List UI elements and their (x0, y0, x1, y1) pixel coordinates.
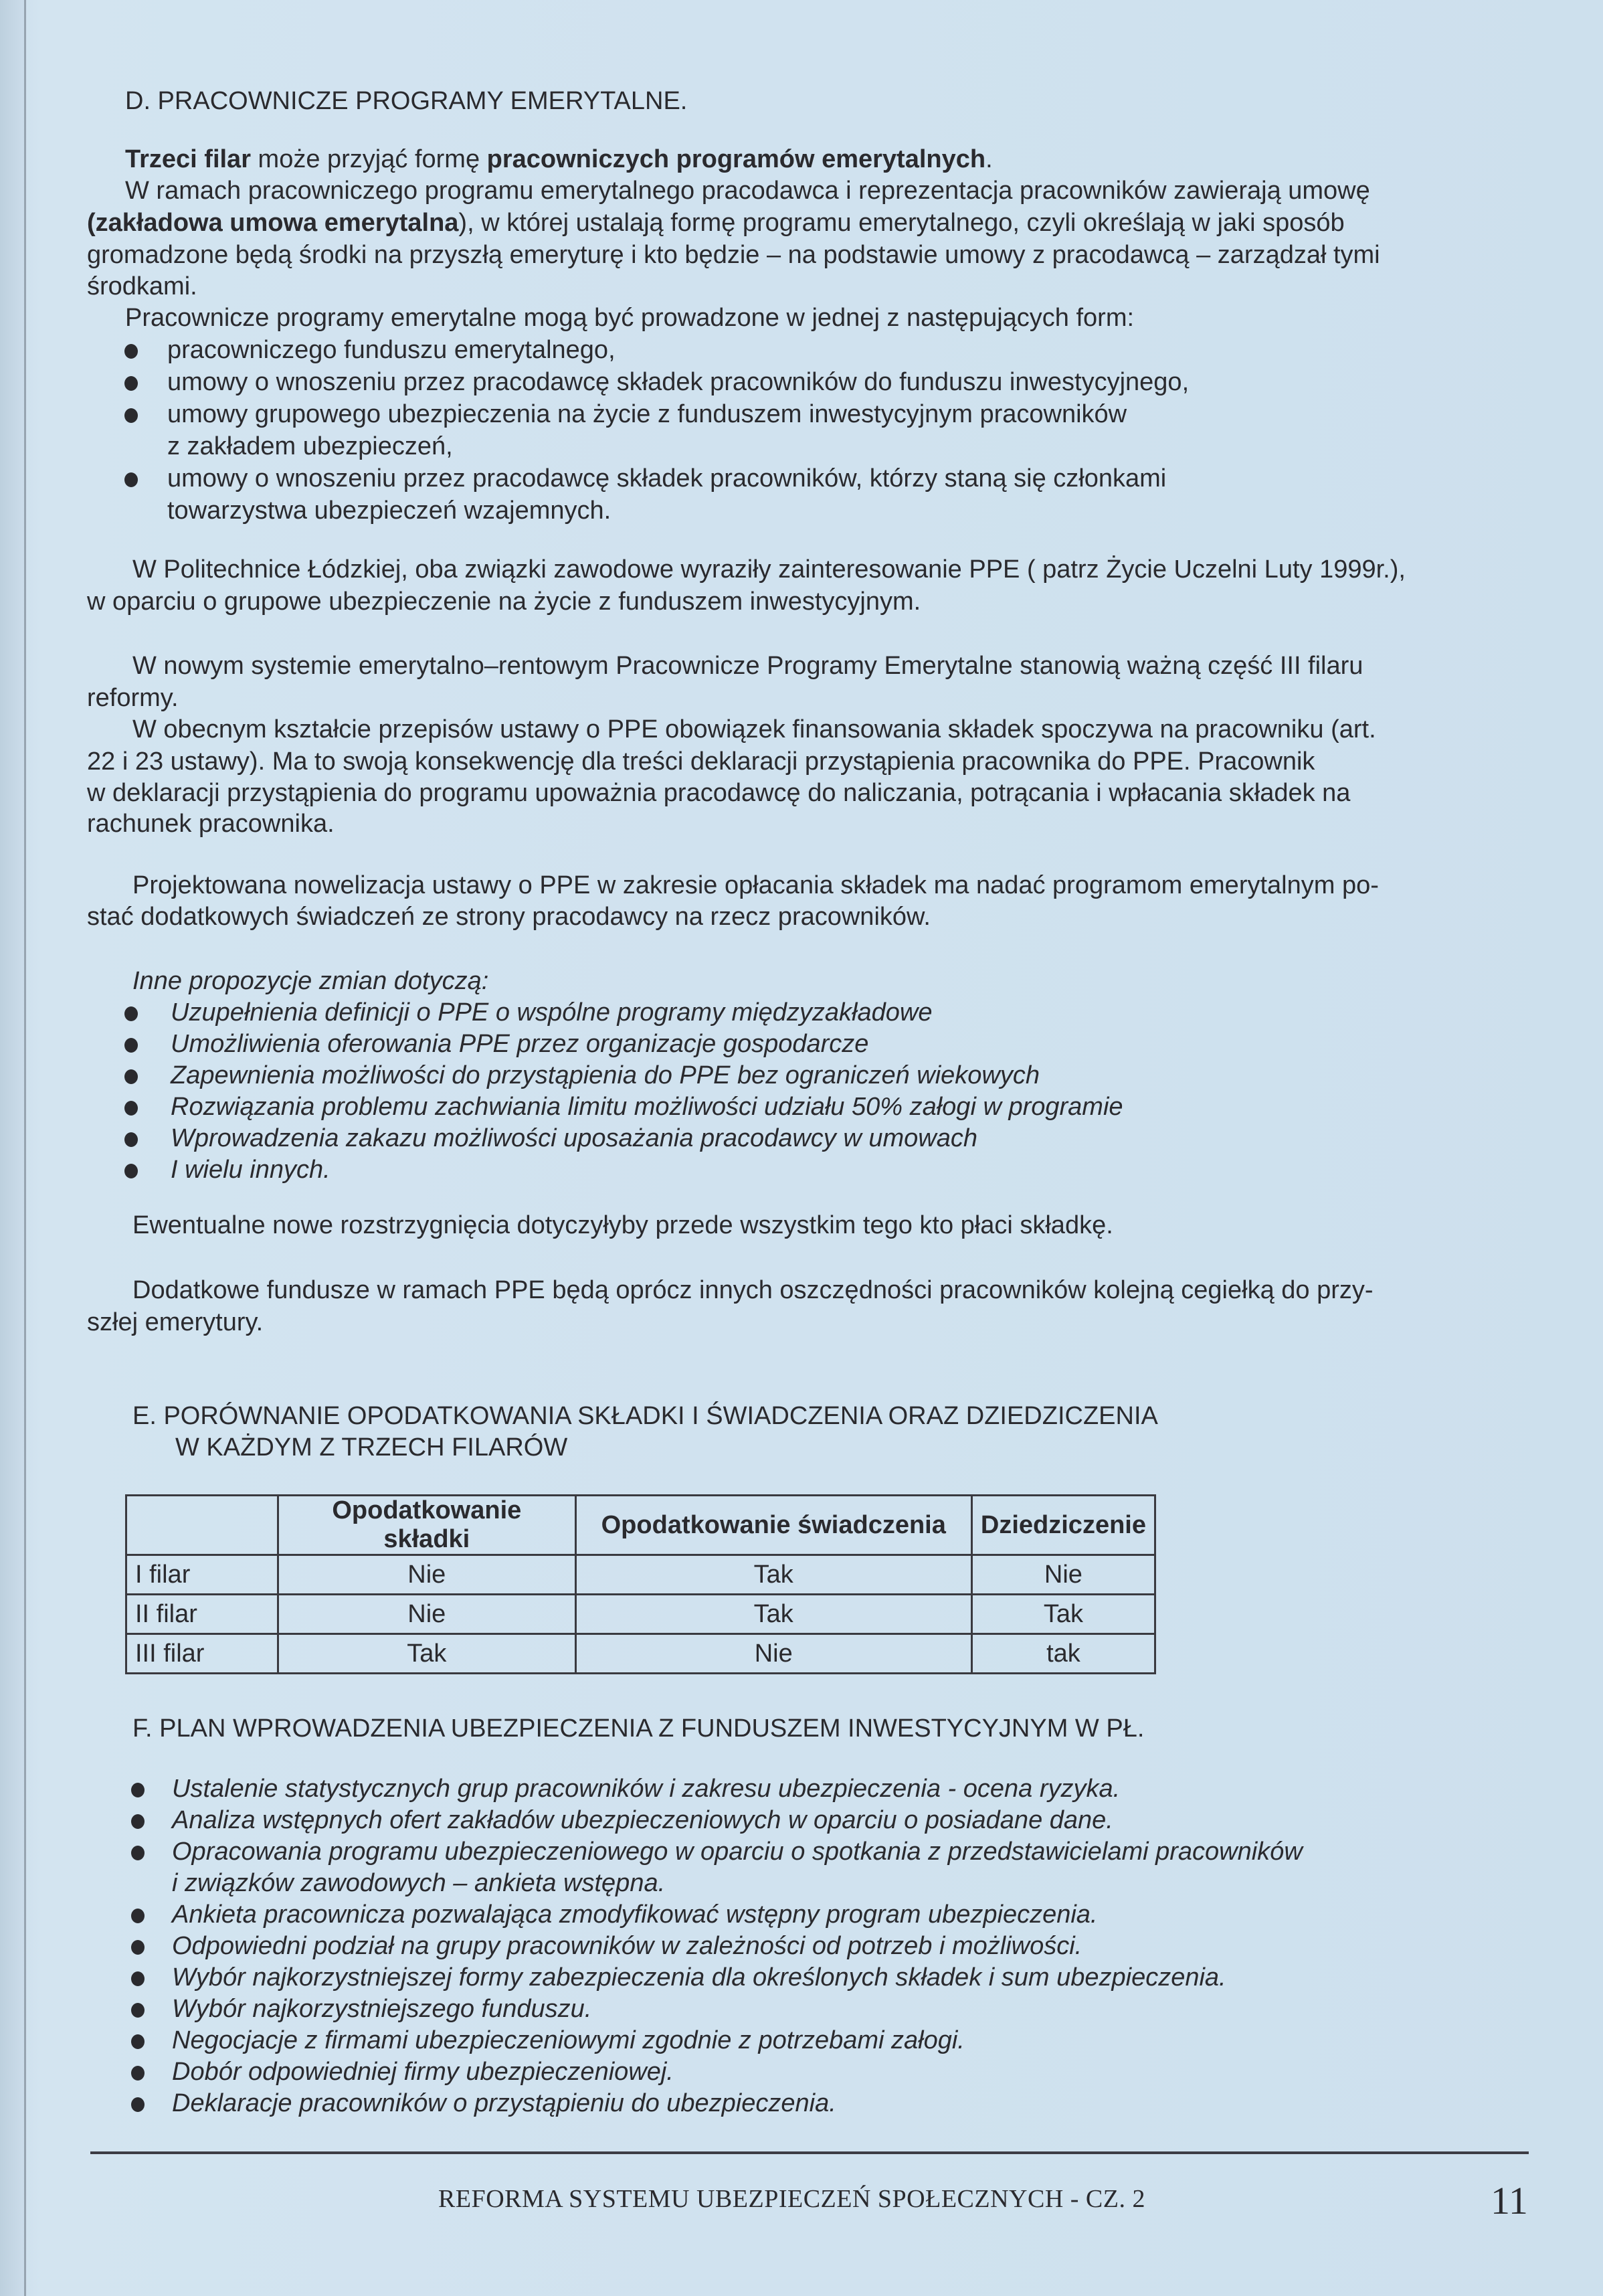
bullet-icon (131, 2066, 145, 2081)
form-item: umowy o wnoszeniu przez pracodawcę skład… (167, 463, 1166, 494)
table-cell: tak (971, 1634, 1155, 1674)
bullet-icon (124, 1069, 138, 1084)
forms-intro: Pracownicze programy emerytalne mogą być… (125, 302, 1134, 333)
plan-item: Wybór najkorzystniejszej formy zabezpiec… (172, 1962, 1226, 1993)
bullet-icon (131, 2034, 145, 2049)
plan-item: Odpowiedni podział na grupy pracowników … (172, 1931, 1082, 1961)
additional-para-line1: Dodatkowe fundusze w ramach PPE będą opr… (132, 1275, 1374, 1306)
bullet-icon (131, 1783, 145, 1797)
bullet-icon (131, 1814, 145, 1829)
section-e-heading-line1: E. PORÓWNANIE OPODATKOWANIA SKŁADKI I ŚW… (132, 1401, 1158, 1431)
para1-line2-rest: ), w której ustalają formę programu emer… (458, 209, 1344, 237)
section-d-intro: Trzeci filar może przyjąć formę pracowni… (125, 144, 993, 175)
bullet-icon (124, 376, 138, 391)
plan-item: i związków zawodowych – ankieta wstępna. (172, 1868, 665, 1898)
additional-para-line2: szłej emerytury. (87, 1307, 263, 1338)
table-header-cell: Dziedziczenie (971, 1496, 1155, 1555)
table-cell: Nie (278, 1595, 576, 1634)
bullet-icon (124, 1132, 138, 1147)
page-number: 11 (1491, 2178, 1528, 2223)
bullet-icon (131, 1909, 145, 1923)
table-header-cell: Opodatkowanie świadczenia (575, 1496, 971, 1555)
pl-para-line1: W Politechnice Łódzkiej, oba związki zaw… (132, 554, 1406, 585)
bullet-icon (131, 2003, 145, 2018)
intro-text: może przyjąć formę (251, 145, 487, 173)
table-header-cell (126, 1496, 278, 1555)
form-item: towarzystwa ubezpieczeń wzajemnych. (167, 495, 611, 526)
proposal-item: I wielu innych. (171, 1154, 331, 1185)
bullet-icon (124, 344, 138, 359)
bullet-icon (124, 1006, 138, 1021)
current-para-line4: rachunek pracownika. (87, 808, 335, 839)
plan-item: Negocjacje z firmami ubezpieczeniowymi z… (172, 2025, 965, 2056)
plan-item: Ankieta pracownicza pozwalająca zmodyfik… (172, 1899, 1097, 1930)
para1-bold-term: (zakładowa umowa emerytalna (87, 209, 458, 237)
system-para-line1: W nowym systemie emerytalno–rentowym Pra… (132, 650, 1363, 681)
table-header-row: Opodatkowanie składki Opodatkowanie świa… (126, 1496, 1155, 1555)
bullet-icon (124, 1038, 138, 1053)
plan-item: Analiza wstępnych ofert zakładów ubezpie… (172, 1805, 1113, 1836)
system-para-line2: reformy. (87, 683, 179, 713)
footer-rule (90, 2151, 1529, 2154)
bullet-icon (131, 1846, 145, 1860)
plan-item: Wybór najkorzystniejszego funduszu. (172, 1994, 591, 2024)
intro-bold-programs: pracowniczych programów emerytalnych (487, 145, 985, 173)
para1-line3: gromadzone będą środki na przyszłą emery… (87, 240, 1380, 270)
current-para-line2: 22 i 23 ustawy). Ma to swoją konsekwencj… (87, 746, 1315, 777)
table-cell: Nie (575, 1634, 971, 1674)
table-cell: Nie (278, 1555, 576, 1595)
current-para-line1: W obecnym kształcie przepisów ustawy o P… (132, 714, 1376, 745)
amend-para-line1: Projektowana nowelizacja ustawy o PPE w … (132, 870, 1379, 901)
form-item: umowy grupowego ubezpieczenia na życie z… (167, 399, 1127, 430)
bullet-icon (124, 472, 138, 487)
para1-line1: W ramach pracowniczego programu emerytal… (125, 175, 1370, 206)
intro-bold-third-pillar: Trzeci filar (125, 145, 251, 173)
plan-item: Dobór odpowiedniej firmy ubezpieczeniowe… (172, 2056, 674, 2087)
form-item: z zakładem ubezpieczeń, (167, 431, 453, 462)
section-f-heading: F. PLAN WPROWADZENIA UBEZPIECZENIA Z FUN… (132, 1713, 1144, 1744)
table-cell: Tak (575, 1555, 971, 1595)
table-cell: Tak (575, 1595, 971, 1634)
footer-title: REFORMA SYSTEMU UBEZPIECZEŃ SPOŁECZNYCH … (438, 2184, 1145, 2214)
pillar-label-cell: III filar (126, 1634, 278, 1674)
proposal-item: Wprowadzenia zakazu możliwości uposażani… (171, 1123, 977, 1154)
page-binding-shadow (0, 0, 24, 2296)
table-header-cell: Opodatkowanie składki (278, 1496, 576, 1555)
taxation-comparison-table: Opodatkowanie składki Opodatkowanie świa… (125, 1494, 1156, 1674)
bullet-icon (131, 1971, 145, 1986)
bullet-icon (131, 2097, 145, 2112)
pillar-label-cell: I filar (126, 1555, 278, 1595)
plan-item: Opracowania programu ubezpieczeniowego w… (172, 1836, 1303, 1867)
table-row: III filarTakNietak (126, 1634, 1155, 1674)
table-row: I filarNieTakNie (126, 1555, 1155, 1595)
pillar-label-cell: II filar (126, 1595, 278, 1634)
section-d-heading: D. PRACOWNICZE PROGRAMY EMERYTALNE. (125, 86, 687, 116)
bullet-icon (124, 1101, 138, 1116)
current-para-line3: w deklaracji przystąpienia do programu u… (87, 778, 1350, 808)
form-item: umowy o wnoszeniu przez pracodawcę skład… (167, 367, 1189, 398)
other-proposals-intro: Inne propozycje zmian dotyczą: (132, 966, 488, 996)
table-cell: Tak (278, 1634, 576, 1674)
pl-para-line2: w oparciu o grupowe ubezpieczenie na życ… (87, 586, 921, 617)
eventual-para: Ewentualne nowe rozstrzygnięcia dotyczył… (132, 1210, 1113, 1241)
intro-period: . (985, 145, 993, 173)
proposal-item: Umożliwienia oferowania PPE przez organi… (171, 1029, 868, 1059)
page-binding-line (24, 0, 26, 2296)
plan-item: Deklaracje pracowników o przystąpieniu d… (172, 2088, 836, 2119)
proposal-item: Uzupełnienia definicji o PPE o wspólne p… (171, 997, 932, 1028)
bullet-icon (131, 1940, 145, 1955)
proposal-item: Rozwiązania problemu zachwiania limitu m… (171, 1091, 1123, 1122)
table-row: II filarNieTakTak (126, 1595, 1155, 1634)
section-e-heading-line2: W KAŻDYM Z TRZECH FILARÓW (175, 1432, 567, 1463)
para1-line4: środkami. (87, 271, 197, 302)
para1-line2: (zakładowa umowa emerytalna), w której u… (87, 207, 1345, 238)
plan-item: Ustalenie statystycznych grup pracownikó… (172, 1773, 1120, 1804)
table-cell: Nie (971, 1555, 1155, 1595)
bullet-icon (124, 1164, 138, 1178)
form-item: pracowniczego funduszu emerytalnego, (167, 335, 616, 365)
amend-para-line2: stać dodatkowych świadczeń ze strony pra… (87, 901, 931, 932)
bullet-icon (124, 408, 138, 423)
proposal-item: Zapewnienia możliwości do przystąpienia … (171, 1060, 1040, 1091)
table-cell: Tak (971, 1595, 1155, 1634)
